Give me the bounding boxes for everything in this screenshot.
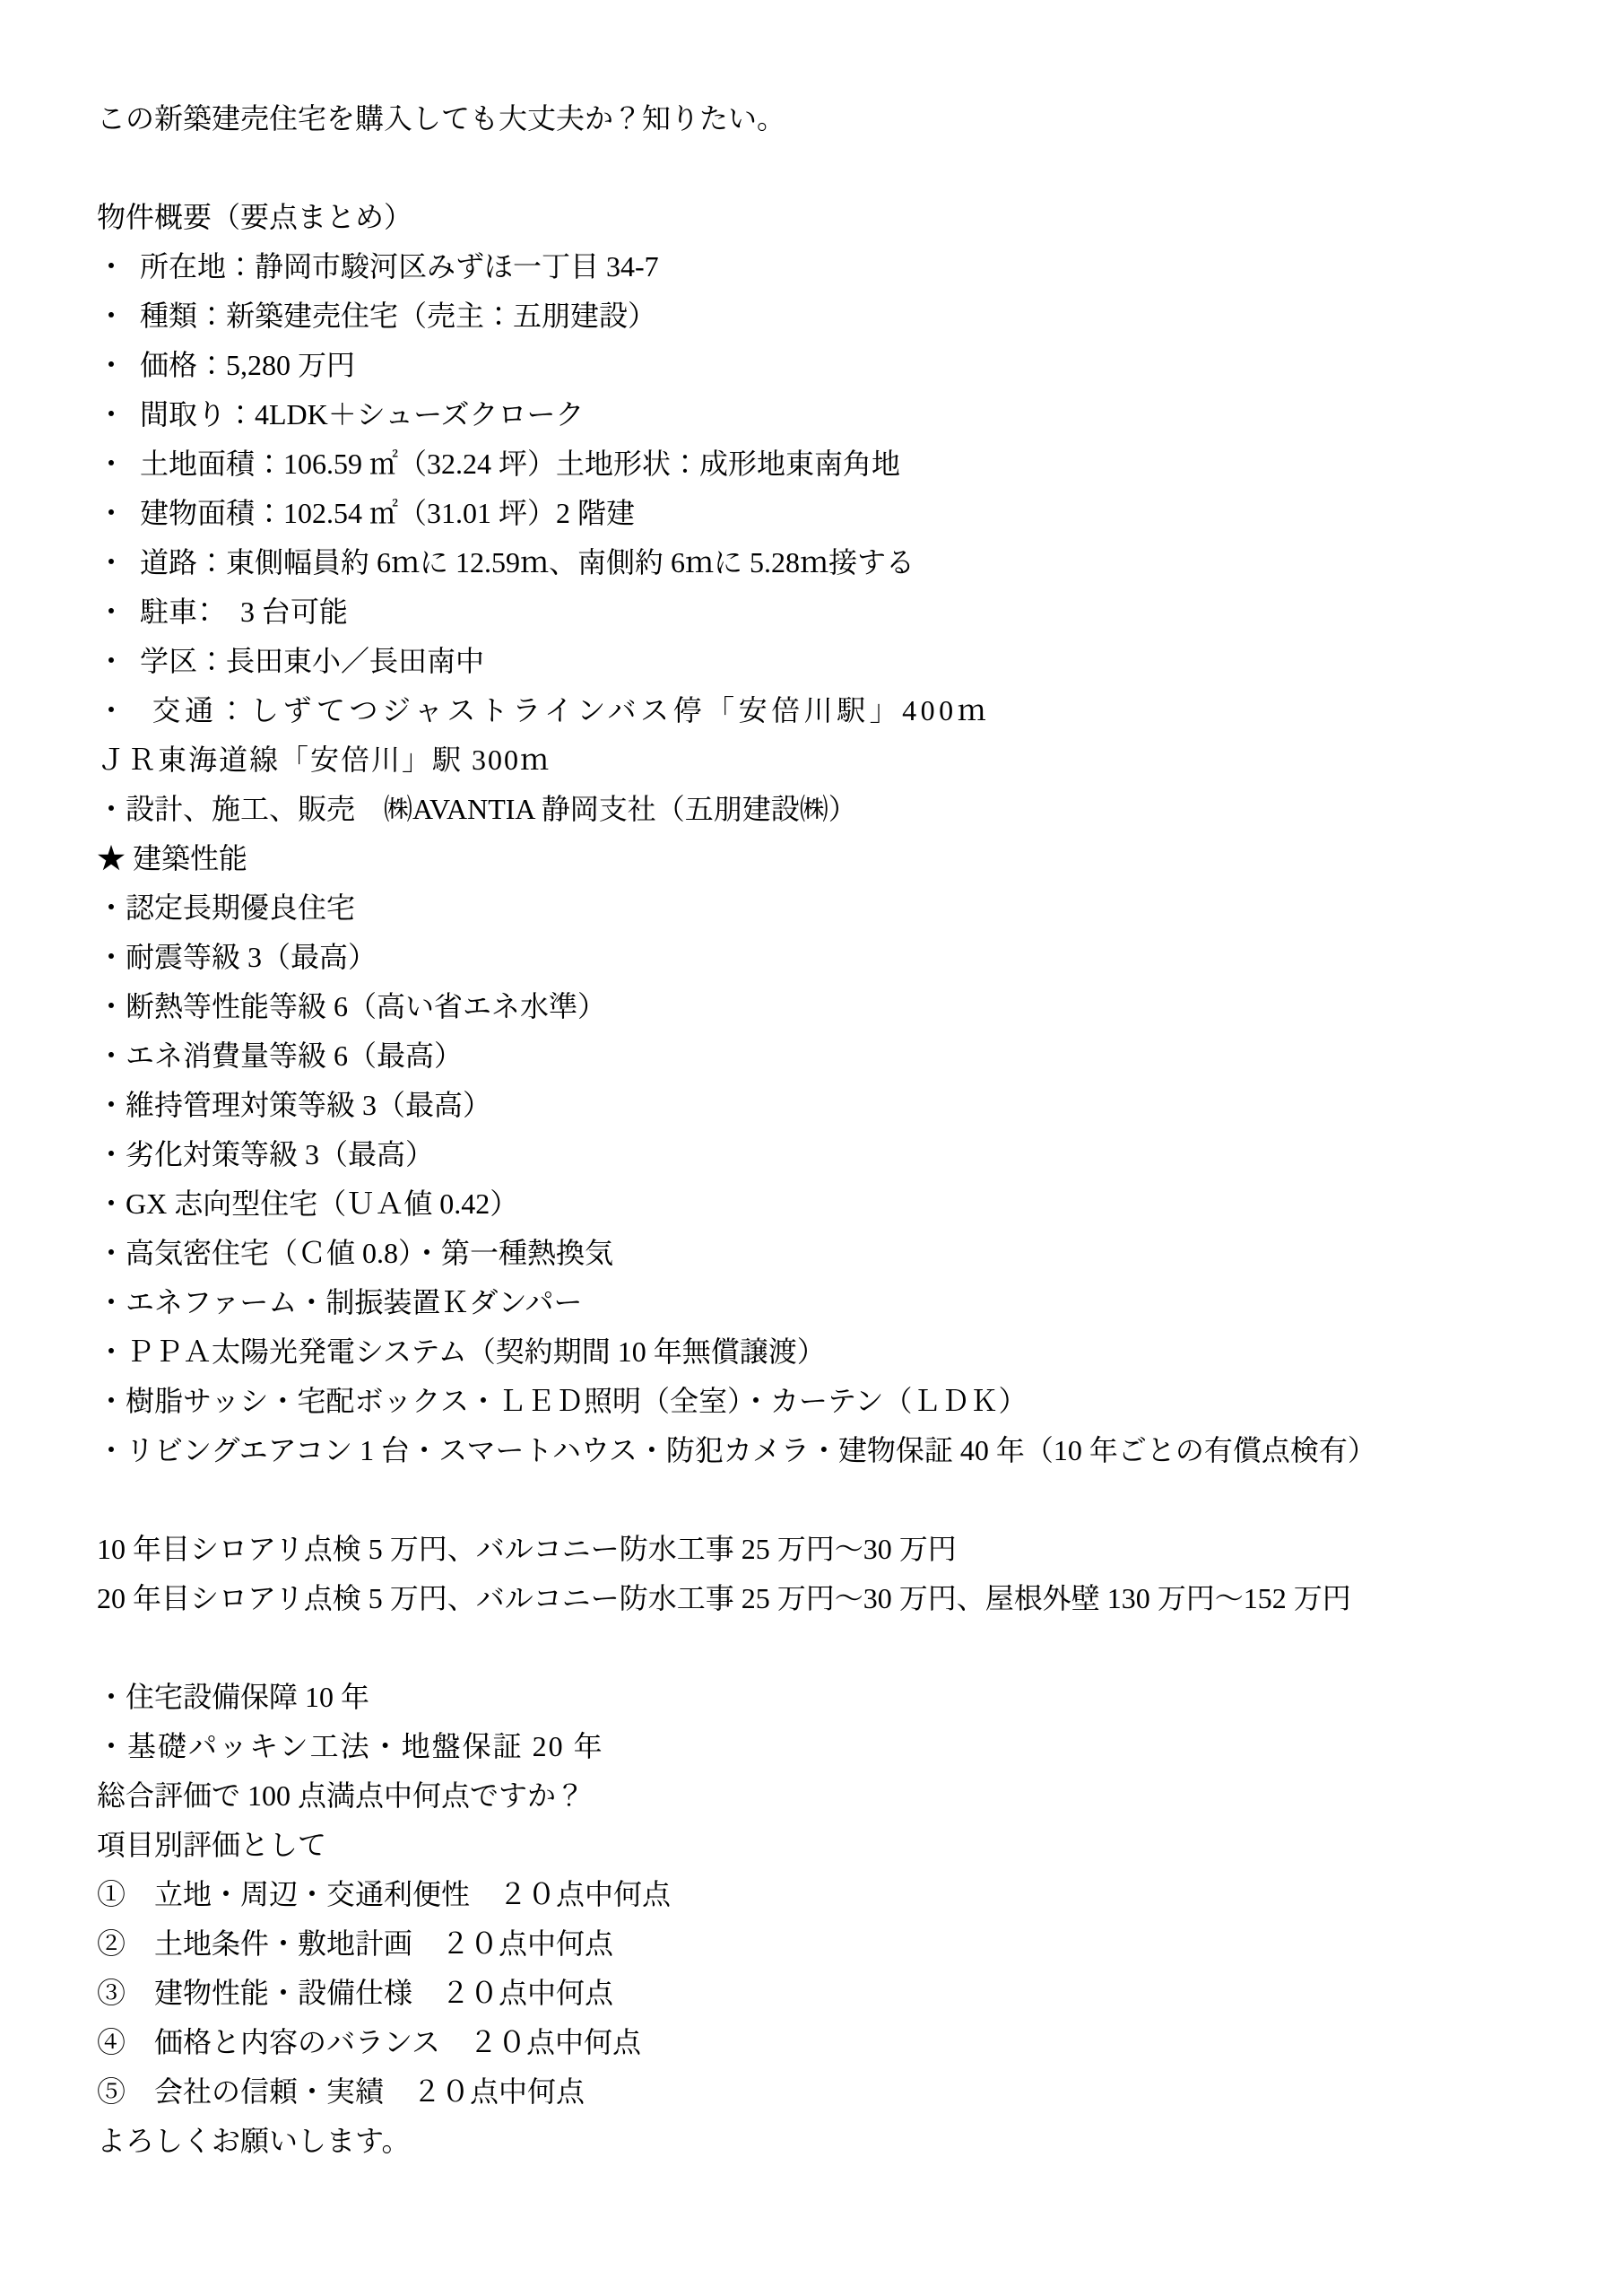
- performance-item-certified-housing: ・認定長期優良住宅: [97, 883, 1550, 933]
- overview-heading: 物件概要（要点まとめ）: [97, 193, 1550, 242]
- overview-item-floorplan: ・ 間取り：4LDK＋シューズクローク: [97, 390, 1550, 439]
- overview-item-price: ・ 価格：5,280 万円: [97, 341, 1550, 390]
- overview-item-school-district: ・ 学区：長田東小／長田南中: [97, 637, 1550, 686]
- overview-item-parking: ・ 駐車： 3 台可能: [97, 587, 1550, 637]
- warranty-item-foundation-ground: ・基礎パッキン工法・地盤保証 20 年: [97, 1722, 1550, 1771]
- blank-line: [97, 1623, 1550, 1673]
- performance-item-deterioration-grade: ・劣化対策等級 3（最高）: [97, 1130, 1550, 1179]
- evaluation-item-1-location: ① 立地・周辺・交通利便性 ２０点中何点: [97, 1870, 1550, 1919]
- performance-item-maintenance-grade: ・維持管理対策等級 3（最高）: [97, 1081, 1550, 1130]
- performance-item-aircon-warranty: ・リビングエアコン 1 台・スマートハウス・防犯カメラ・建物保証 40 年（10…: [97, 1426, 1550, 1475]
- performance-heading: ★ 建築性能: [97, 834, 1550, 883]
- performance-item-insulation-grade: ・断熱等性能等級 6（高い省エネ水準）: [97, 982, 1550, 1031]
- performance-item-sash-led: ・樹脂サッシ・宅配ボックス・ＬＥＤ照明（全室）・カーテン（ＬＤＫ）: [97, 1377, 1550, 1426]
- overview-item-road: ・ 道路：東側幅員約 6ｍに 12.59ｍ、南側約 6ｍに 5.28ｍ接する: [97, 538, 1550, 587]
- performance-item-enefarm-damper: ・エネファーム・制振装置Ｋダンパー: [97, 1278, 1550, 1327]
- warranty-item-equipment: ・住宅設備保障 10 年: [97, 1673, 1550, 1722]
- overall-score-question: 総合評価で 100 点満点中何点ですか？: [97, 1771, 1550, 1821]
- jr-line: ＪＲ東海道線「安倍川」駅 300ｍ: [97, 735, 1550, 785]
- performance-item-energy-grade: ・エネ消費量等級 6（最高）: [97, 1031, 1550, 1081]
- document-page: この新築建売住宅を購入しても大丈夫か？知りたい。 物件概要（要点まとめ） ・ 所…: [0, 0, 1622, 2296]
- overview-item-land-area: ・ 土地面積：106.59 ㎡（32.24 坪）土地形状：成形地東南角地: [97, 439, 1550, 489]
- evaluation-item-2-land: ② 土地条件・敷地計画 ２０点中何点: [97, 1919, 1550, 1969]
- evaluation-item-3-building: ③ 建物性能・設備仕様 ２０点中何点: [97, 1969, 1550, 2018]
- itemized-evaluation-lead: 項目別評価として: [97, 1821, 1550, 1870]
- evaluation-item-5-company-trust: ⑤ 会社の信頼・実績 ２０点中何点: [97, 2067, 1550, 2117]
- performance-item-seismic-grade: ・耐震等級 3（最高）: [97, 933, 1550, 982]
- blank-line: [97, 143, 1550, 193]
- maintenance-line-20yr: 20 年目シロアリ点検 5 万円、バルコニー防水工事 25 万円～30 万円、屋…: [97, 1574, 1550, 1623]
- question-line: この新築建売住宅を購入しても大丈夫か？知りたい。: [97, 94, 1550, 143]
- overview-item-building-area: ・ 建物面積：102.54 ㎡（31.01 坪）2 階建: [97, 489, 1550, 538]
- blank-line: [97, 1475, 1550, 1525]
- performance-item-gx-housing: ・GX 志向型住宅（ＵＡ値 0.42）: [97, 1179, 1550, 1229]
- performance-item-airtight: ・高気密住宅（Ｃ値 0.8）・第一種熱換気: [97, 1229, 1550, 1278]
- closing-line: よろしくお願いします。: [97, 2117, 1550, 2166]
- evaluation-item-4-price-balance: ④ 価格と内容のバランス ２０点中何点: [97, 2018, 1550, 2067]
- overview-item-type: ・ 種類：新築建売住宅（売主：五朋建設）: [97, 291, 1550, 341]
- overview-item-location: ・ 所在地：静岡市駿河区みずほ一丁目 34-7: [97, 242, 1550, 291]
- maintenance-line-10yr: 10 年目シロアリ点検 5 万円、バルコニー防水工事 25 万円～30 万円: [97, 1525, 1550, 1574]
- design-construction-sales-line: ・設計、施工、販売 ㈱AVANTIA 静岡支社（五朋建設㈱）: [97, 785, 1550, 834]
- overview-item-transport: ・ 交通：しずてつジャストラインバス停「安倍川駅」400ｍ: [97, 686, 1550, 735]
- performance-item-ppa-solar: ・ＰＰＡ太陽光発電システム（契約期間 10 年無償譲渡）: [97, 1327, 1550, 1377]
